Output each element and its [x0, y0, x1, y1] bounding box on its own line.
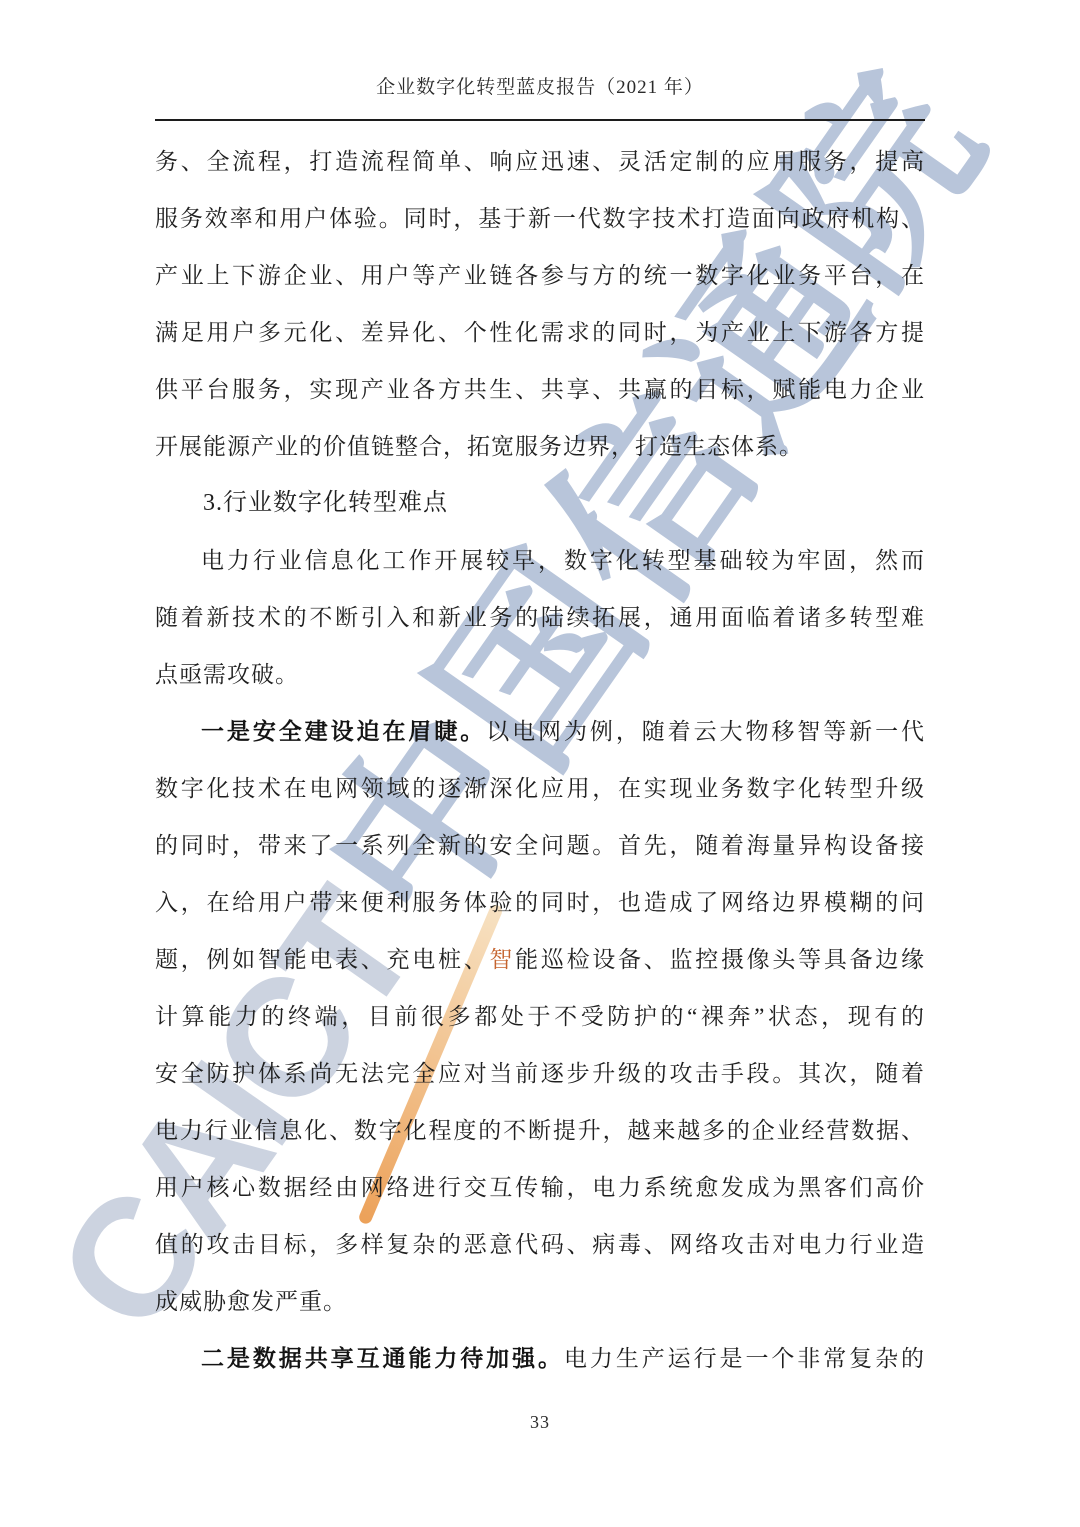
- text-run: 题，例如智能电表、充电桩、: [155, 947, 489, 972]
- text-run-bold: 一是安全建设迫在眉睫。: [201, 718, 486, 744]
- text-run: 值的攻击目标，多样复杂的恶意代码、病毒、网络攻击对电力行业造: [155, 1232, 925, 1257]
- section-heading-line: 3.行业数字化转型难点: [155, 475, 925, 532]
- text-line: 入，在给用户带来便利服务体验的同时，也造成了网络边界模糊的问: [155, 874, 925, 931]
- text-run-bold: 二是数据共享互通能力待加强。: [201, 1345, 564, 1371]
- text-run: 能巡检设备、监控摄像头等具备边缘: [515, 947, 925, 972]
- text-line: 产业上下游企业、用户等产业链各参与方的统一数字化业务平台，在: [155, 247, 925, 304]
- text-run: 用户核心数据经由网络进行交互传输，电力系统愈发成为黑客们高价: [155, 1175, 925, 1200]
- text-line: 用户核心数据经由网络进行交互传输，电力系统愈发成为黑客们高价: [155, 1159, 925, 1216]
- text-line: 电力行业信息化、数字化程度的不断提升，越来越多的企业经营数据、: [155, 1102, 925, 1159]
- text-run: 电力行业信息化、数字化程度的不断提升，越来越多的企业经营数据、: [155, 1118, 925, 1143]
- text-run: 随着新技术的不断引入和新业务的陆续拓展，通用面临着诸多转型难: [155, 605, 925, 630]
- text-line: 电力行业信息化工作开展较早，数字化转型基础较为牢固，然而: [155, 532, 925, 589]
- text-run: 数字化技术在电网领域的逐渐深化应用，在实现业务数字化转型升级: [155, 776, 925, 801]
- report-title: 企业数字化转型蓝皮报告（2021 年）: [155, 74, 925, 102]
- text-run-orange: 智: [489, 947, 515, 972]
- text-run: 的同时，带来了一系列全新的安全问题。首先，随着海量异构设备接: [155, 833, 925, 858]
- text-line: 计算能力的终端，目前很多都处于不受防护的“裸奔”状态，现有的: [155, 988, 925, 1045]
- text-line: 点亟需攻破。: [155, 646, 925, 703]
- text-line: 题，例如智能电表、充电桩、智能巡检设备、监控摄像头等具备边缘: [155, 931, 925, 988]
- text-line: 成威胁愈发严重。: [155, 1273, 925, 1330]
- text-line: 值的攻击目标，多样复杂的恶意代码、病毒、网络攻击对电力行业造: [155, 1216, 925, 1273]
- text-run: 点亟需攻破。: [155, 662, 299, 687]
- text-line: 随着新技术的不断引入和新业务的陆续拓展，通用面临着诸多转型难: [155, 589, 925, 646]
- text-run: 务、全流程，打造流程简单、响应迅速、灵活定制的应用服务，提高: [155, 149, 925, 174]
- text-line: 一是安全建设迫在眉睫。以电网为例，随着云大物移智等新一代: [155, 703, 925, 760]
- text-run: 电力行业信息化工作开展较早，数字化转型基础较为牢固，然而: [201, 548, 925, 573]
- page-header: 企业数字化转型蓝皮报告（2021 年）: [155, 0, 925, 121]
- text-line: 满足用户多元化、差异化、个性化需求的同时，为产业上下游各方提: [155, 304, 925, 361]
- text-line: 二是数据共享互通能力待加强。电力生产运行是一个非常复杂的: [155, 1330, 925, 1387]
- text-line: 务、全流程，打造流程简单、响应迅速、灵活定制的应用服务，提高: [155, 133, 925, 190]
- text-run: 计算能力的终端，目前很多都处于不受防护的“裸奔”状态，现有的: [155, 1004, 925, 1029]
- text-run: 3.行业数字化转型难点: [203, 490, 448, 516]
- text-run: 开展能源产业的价值链整合，拓宽服务边界，打造生态体系。: [155, 434, 803, 459]
- text-run: 入，在给用户带来便利服务体验的同时，也造成了网络边界模糊的问: [155, 890, 925, 915]
- page-content: 企业数字化转型蓝皮报告（2021 年） 务、全流程，打造流程简单、响应迅速、灵活…: [0, 0, 1080, 1527]
- text-line: 服务效率和用户体验。同时，基于新一代数字技术打造面向政府机构、: [155, 190, 925, 247]
- text-line: 安全防护体系尚无法完全应对当前逐步升级的攻击手段。其次，随着: [155, 1045, 925, 1102]
- text-line: 供平台服务，实现产业各方共生、共享、共赢的目标，赋能电力企业: [155, 361, 925, 418]
- page-footer: 33: [155, 1412, 925, 1433]
- text-run: 满足用户多元化、差异化、个性化需求的同时，为产业上下游各方提: [155, 320, 925, 345]
- text-run: 安全防护体系尚无法完全应对当前逐步升级的攻击手段。其次，随着: [155, 1061, 925, 1086]
- text-run: 产业上下游企业、用户等产业链各参与方的统一数字化业务平台，在: [155, 263, 925, 288]
- text-run: 电力生产运行是一个非常复杂的: [564, 1346, 925, 1371]
- text-run: 供平台服务，实现产业各方共生、共享、共赢的目标，赋能电力企业: [155, 377, 925, 402]
- text-run: 服务效率和用户体验。同时，基于新一代数字技术打造面向政府机构、: [155, 206, 925, 231]
- page-number: 33: [530, 1412, 550, 1432]
- text-run: 成威胁愈发严重。: [155, 1289, 347, 1314]
- text-line: 的同时，带来了一系列全新的安全问题。首先，随着海量异构设备接: [155, 817, 925, 874]
- text-run: 以电网为例，随着云大物移智等新一代: [486, 719, 925, 744]
- document-page: CAICT中国信通院 企业数字化转型蓝皮报告（2021 年） 务、全流程，打造流…: [0, 0, 1080, 1527]
- page-body: 务、全流程，打造流程简单、响应迅速、灵活定制的应用服务，提高服务效率和用户体验。…: [155, 121, 925, 1387]
- text-line: 数字化技术在电网领域的逐渐深化应用，在实现业务数字化转型升级: [155, 760, 925, 817]
- text-line: 开展能源产业的价值链整合，拓宽服务边界，打造生态体系。: [155, 418, 925, 475]
